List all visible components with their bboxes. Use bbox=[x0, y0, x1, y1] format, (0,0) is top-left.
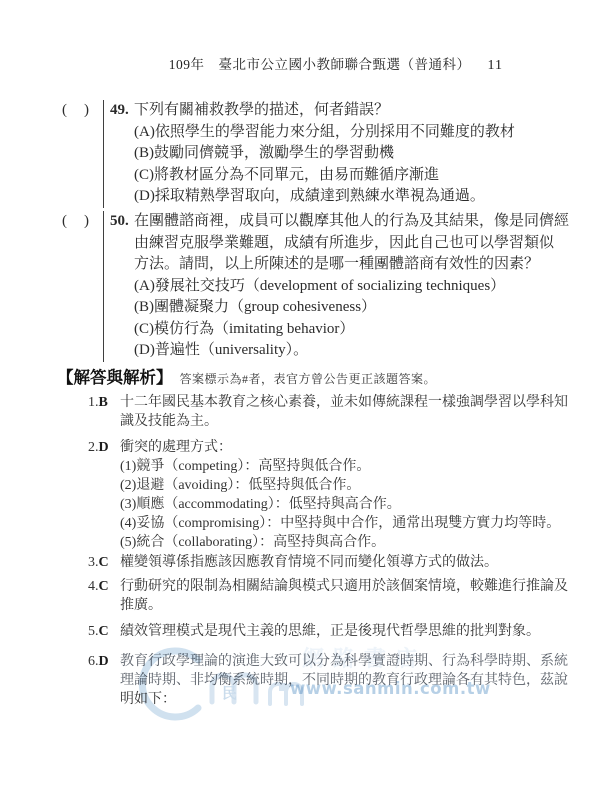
answer-item: 3.C 權變領導係指應該因應教育情境不同而變化領導方式的做法。 bbox=[88, 553, 574, 572]
answer-letter: C bbox=[99, 624, 109, 639]
option-line: (C)模仿行為（imitating behavior） bbox=[134, 319, 572, 341]
answers-heading-title: 【解答與解析】 bbox=[57, 369, 173, 387]
answer-text-line: (2)退避（avoiding）：低堅持與低合作。 bbox=[120, 476, 574, 495]
answer-item: 5.C 績效管理模式是現代主義的思維，正是後現代哲學思維的批判對象。 bbox=[88, 622, 574, 641]
answer-letter: B bbox=[99, 395, 108, 410]
question-stem-line: 在團體諮商裡，成員可以觀摩其他人的行為及其結果，像是同儕經 bbox=[134, 211, 572, 233]
option-line: (A)依照學生的學習能力來分組，分別採用不同難度的教材 bbox=[134, 122, 572, 144]
answer-text-line: 識及技能為主。 bbox=[120, 412, 574, 431]
page-number: 11 bbox=[488, 58, 503, 74]
answer-item-number: 4.C bbox=[88, 577, 120, 615]
question-50: ( ) 50. 在團體諮商裡，成員可以觀摩其他人的行為及其結果，像是同儕經 由練… bbox=[62, 211, 572, 362]
answer-text-line: (3)順應（accommodating）：低堅持與高合作。 bbox=[120, 495, 574, 514]
answer-text-line: (4)妥協（compromising）：中堅持與中合作，通常出現雙方實力均等時。 bbox=[120, 514, 574, 533]
answer-letter: D bbox=[99, 440, 109, 455]
answer-item-number: 1.B bbox=[88, 393, 120, 431]
question-49: ( ) 49. 下列有關補救教學的描述，何者錯誤？ (A)依照學生的學習能力來分… bbox=[62, 100, 572, 208]
answer-item: 2.D 衝突的處理方式： (1)競爭（competing）：高堅持與低合作。 (… bbox=[88, 438, 574, 552]
svg-text:民: 民 bbox=[222, 685, 237, 702]
question-body: 49. 下列有關補救教學的描述，何者錯誤？ (A)依照學生的學習能力來分組，分別… bbox=[103, 100, 572, 208]
answer-text-line: 十二年國民基本教育之核心素養，並未如傳統課程一樣強調學習以學科知 bbox=[120, 393, 574, 412]
question-number: 49. bbox=[110, 100, 129, 122]
answer-text-line: 衝突的處理方式： bbox=[120, 438, 574, 457]
answer-item: 1.B 十二年國民基本教育之核心素養，並未如傳統課程一樣強調學習以學科知 識及技… bbox=[88, 393, 574, 431]
page-header: 109年 臺北市公立國小教師聯合甄選（普通科） 11 bbox=[169, 53, 503, 74]
watermark-url: www.sanmin.com.tw bbox=[290, 679, 491, 698]
question-stem-line: 由練習克服學業難題，成績有所進步，因此自己也可以學習類似 bbox=[134, 233, 572, 255]
question-stem-line: 下列有關補救教學的描述，何者錯誤？ bbox=[134, 100, 572, 122]
answer-text-line: (5)統合（collaborating）：高堅持與高合作。 bbox=[120, 533, 574, 552]
question-content: 50. 在團體諮商裡，成員可以觀摩其他人的行為及其結果，像是同儕經 由練習克服學… bbox=[110, 211, 572, 362]
option-line: (D)採取精熟學習取向，成績達到熟練水準視為通過。 bbox=[134, 186, 572, 208]
answer-letter: C bbox=[99, 555, 109, 570]
answer-text-line: (1)競爭（competing）：高堅持與低合作。 bbox=[120, 457, 574, 476]
answer-text-line: 推廣。 bbox=[120, 596, 574, 615]
answer-item-body: 行動研究的限制為相關結論與模式只適用於該個案情境，較難進行推論及 推廣。 bbox=[120, 577, 574, 615]
answers-heading-note: 答案標示為#者，表官方曾公告更正該題答案。 bbox=[180, 372, 437, 386]
answer-item-number: 2.D bbox=[88, 438, 120, 552]
answer-item-body: 十二年國民基本教育之核心素養，並未如傳統課程一樣強調學習以學科知 識及技能為主。 bbox=[120, 393, 574, 431]
option-line: (B)鼓勵同儕競爭，激勵學生的學習動機 bbox=[134, 143, 572, 165]
answer-item-number: 6.D bbox=[88, 652, 120, 709]
answer-item-number: 5.C bbox=[88, 622, 120, 641]
answer-text-line: 權變領導係指應該因應教育情境不同而變化領導方式的做法。 bbox=[120, 553, 574, 572]
answer-item: 4.C 行動研究的限制為相關結論與模式只適用於該個案情境，較難進行推論及 推廣。 bbox=[88, 577, 574, 615]
answer-letter: D bbox=[99, 654, 109, 669]
question-stem-line: 方法。請問，以上所陳述的是哪一種團體諮商有效性的因素？ bbox=[134, 254, 572, 276]
option-line: (A)發展社交技巧（development of socializing tec… bbox=[134, 276, 572, 298]
answer-text-line: 績效管理模式是現代主義的思維，正是後現代哲學思維的批判對象。 bbox=[120, 622, 574, 641]
answer-item-number: 3.C bbox=[88, 553, 120, 572]
option-line: (D)普遍性（universality）。 bbox=[134, 340, 572, 362]
option-line: (C)將教材區分為不同單元，由易而難循序漸進 bbox=[134, 165, 572, 187]
answer-letter: C bbox=[99, 579, 109, 594]
question-body: 50. 在團體諮商裡，成員可以觀摩其他人的行為及其結果，像是同儕經 由練習克服學… bbox=[103, 211, 572, 362]
answer-item-body: 權變領導係指應該因應教育情境不同而變化領導方式的做法。 bbox=[120, 553, 574, 572]
question-number: 50. bbox=[110, 211, 129, 233]
exam-title: 109年 臺北市公立國小教師聯合甄選（普通科） bbox=[169, 53, 471, 73]
answer-bracket: ( ) bbox=[62, 100, 103, 208]
document-page: 109年 臺北市公立國小教師聯合甄選（普通科） 11 ( ) 49. 下列有關補… bbox=[0, 0, 592, 800]
option-line: (B)團體凝聚力（group cohesiveness） bbox=[134, 297, 572, 319]
answer-text-line: 行動研究的限制為相關結論與模式只適用於該個案情境，較難進行推論及 bbox=[120, 577, 574, 596]
answer-item-body: 衝突的處理方式： (1)競爭（competing）：高堅持與低合作。 (2)退避… bbox=[120, 438, 574, 552]
question-content: 49. 下列有關補救教學的描述，何者錯誤？ (A)依照學生的學習能力來分組，分別… bbox=[110, 100, 572, 208]
answers-section-heading: 【解答與解析】答案標示為#者，表官方曾公告更正該題答案。 bbox=[57, 364, 436, 388]
answer-bracket: ( ) bbox=[62, 211, 103, 362]
answer-item-body: 績效管理模式是現代主義的思維，正是後現代哲學思維的批判對象。 bbox=[120, 622, 574, 641]
